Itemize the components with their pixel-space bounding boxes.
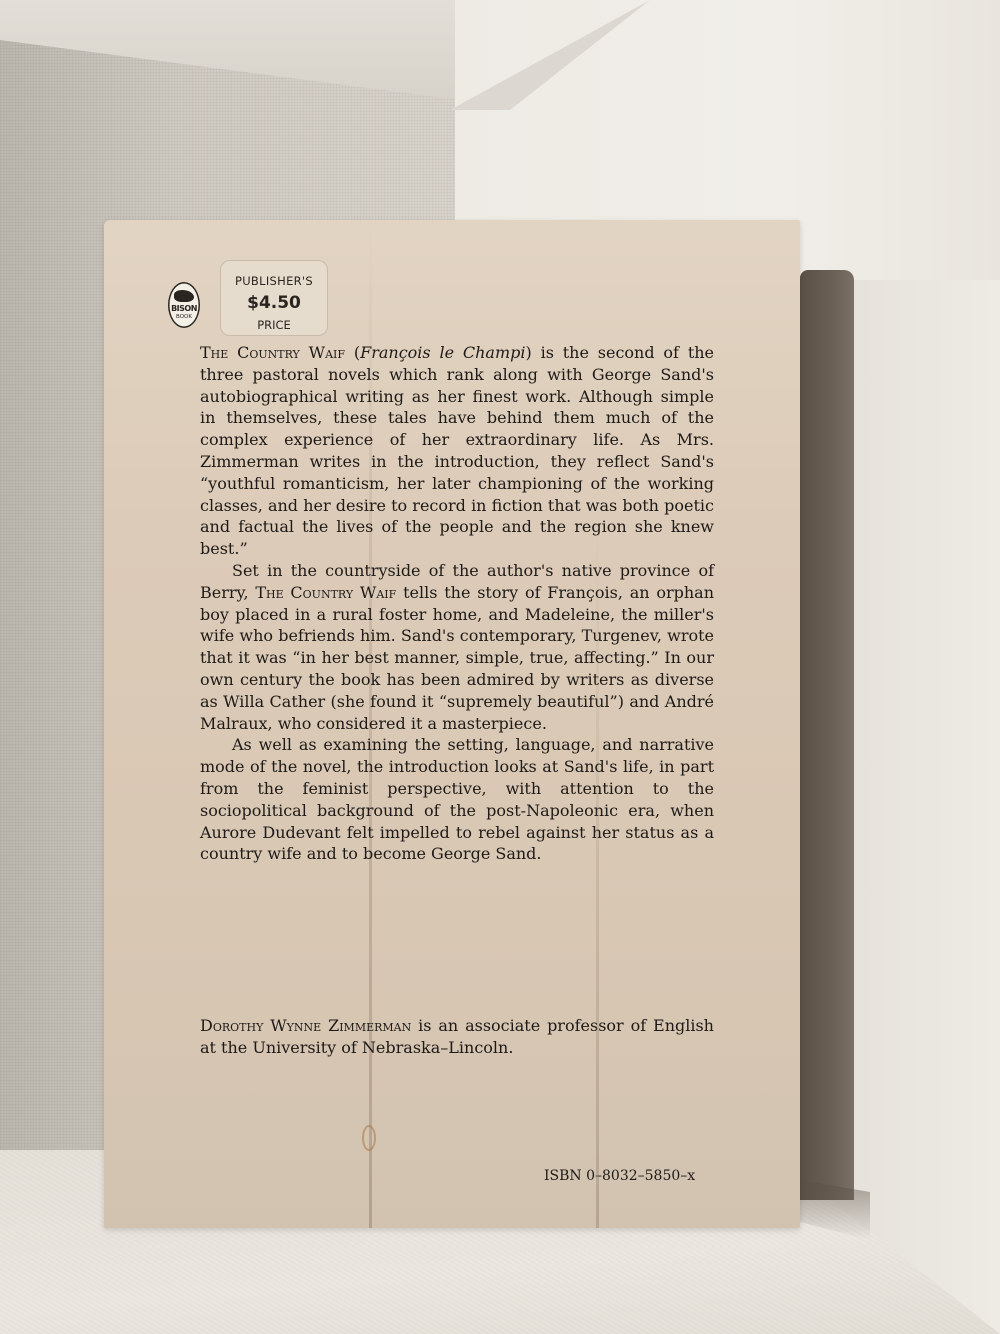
author-name: Dorothy Wynne Zimmerman xyxy=(200,1016,411,1035)
book-back-cover: BISON BOOK PUBLISHER'S $4.50 PRICE The C… xyxy=(104,220,800,1228)
author-bio-text: Dorothy Wynne Zimmerman is an associate … xyxy=(200,1015,714,1059)
bison-icon xyxy=(174,290,194,302)
sticker-label-top: PUBLISHER'S xyxy=(220,274,328,288)
blurb-p1-text: is the second of the three pastoral nove… xyxy=(200,343,714,558)
isbn-number: ISBN 0–8032–5850–x xyxy=(544,1168,695,1184)
blurb-paragraph-1: The Country Waif (François le Champi) is… xyxy=(200,342,714,560)
book-title-inline: The Country Waif xyxy=(255,583,396,602)
logo-word: BISON xyxy=(168,304,200,313)
publisher-logo: BISON BOOK xyxy=(168,282,200,328)
blurb-paragraph-3: As well as examining the setting, langua… xyxy=(200,734,714,865)
original-title: François le Champi xyxy=(360,343,525,362)
book-title: The Country Waif xyxy=(200,343,345,362)
sticker-price: $4.50 xyxy=(220,293,328,313)
logo-sub: BOOK xyxy=(168,314,200,320)
cover-stain xyxy=(362,1125,376,1151)
author-bio: Dorothy Wynne Zimmerman is an associate … xyxy=(200,1015,714,1059)
blurb-text: The Country Waif (François le Champi) is… xyxy=(200,342,714,865)
blurb-p2-after: tells the story of François, an orphan b… xyxy=(200,583,714,733)
book-spine-shadow xyxy=(800,270,854,1200)
price-sticker: PUBLISHER'S $4.50 PRICE xyxy=(220,260,328,336)
blurb-paragraph-2: Set in the countryside of the author's n… xyxy=(200,560,714,734)
sticker-label-bottom: PRICE xyxy=(220,318,328,332)
